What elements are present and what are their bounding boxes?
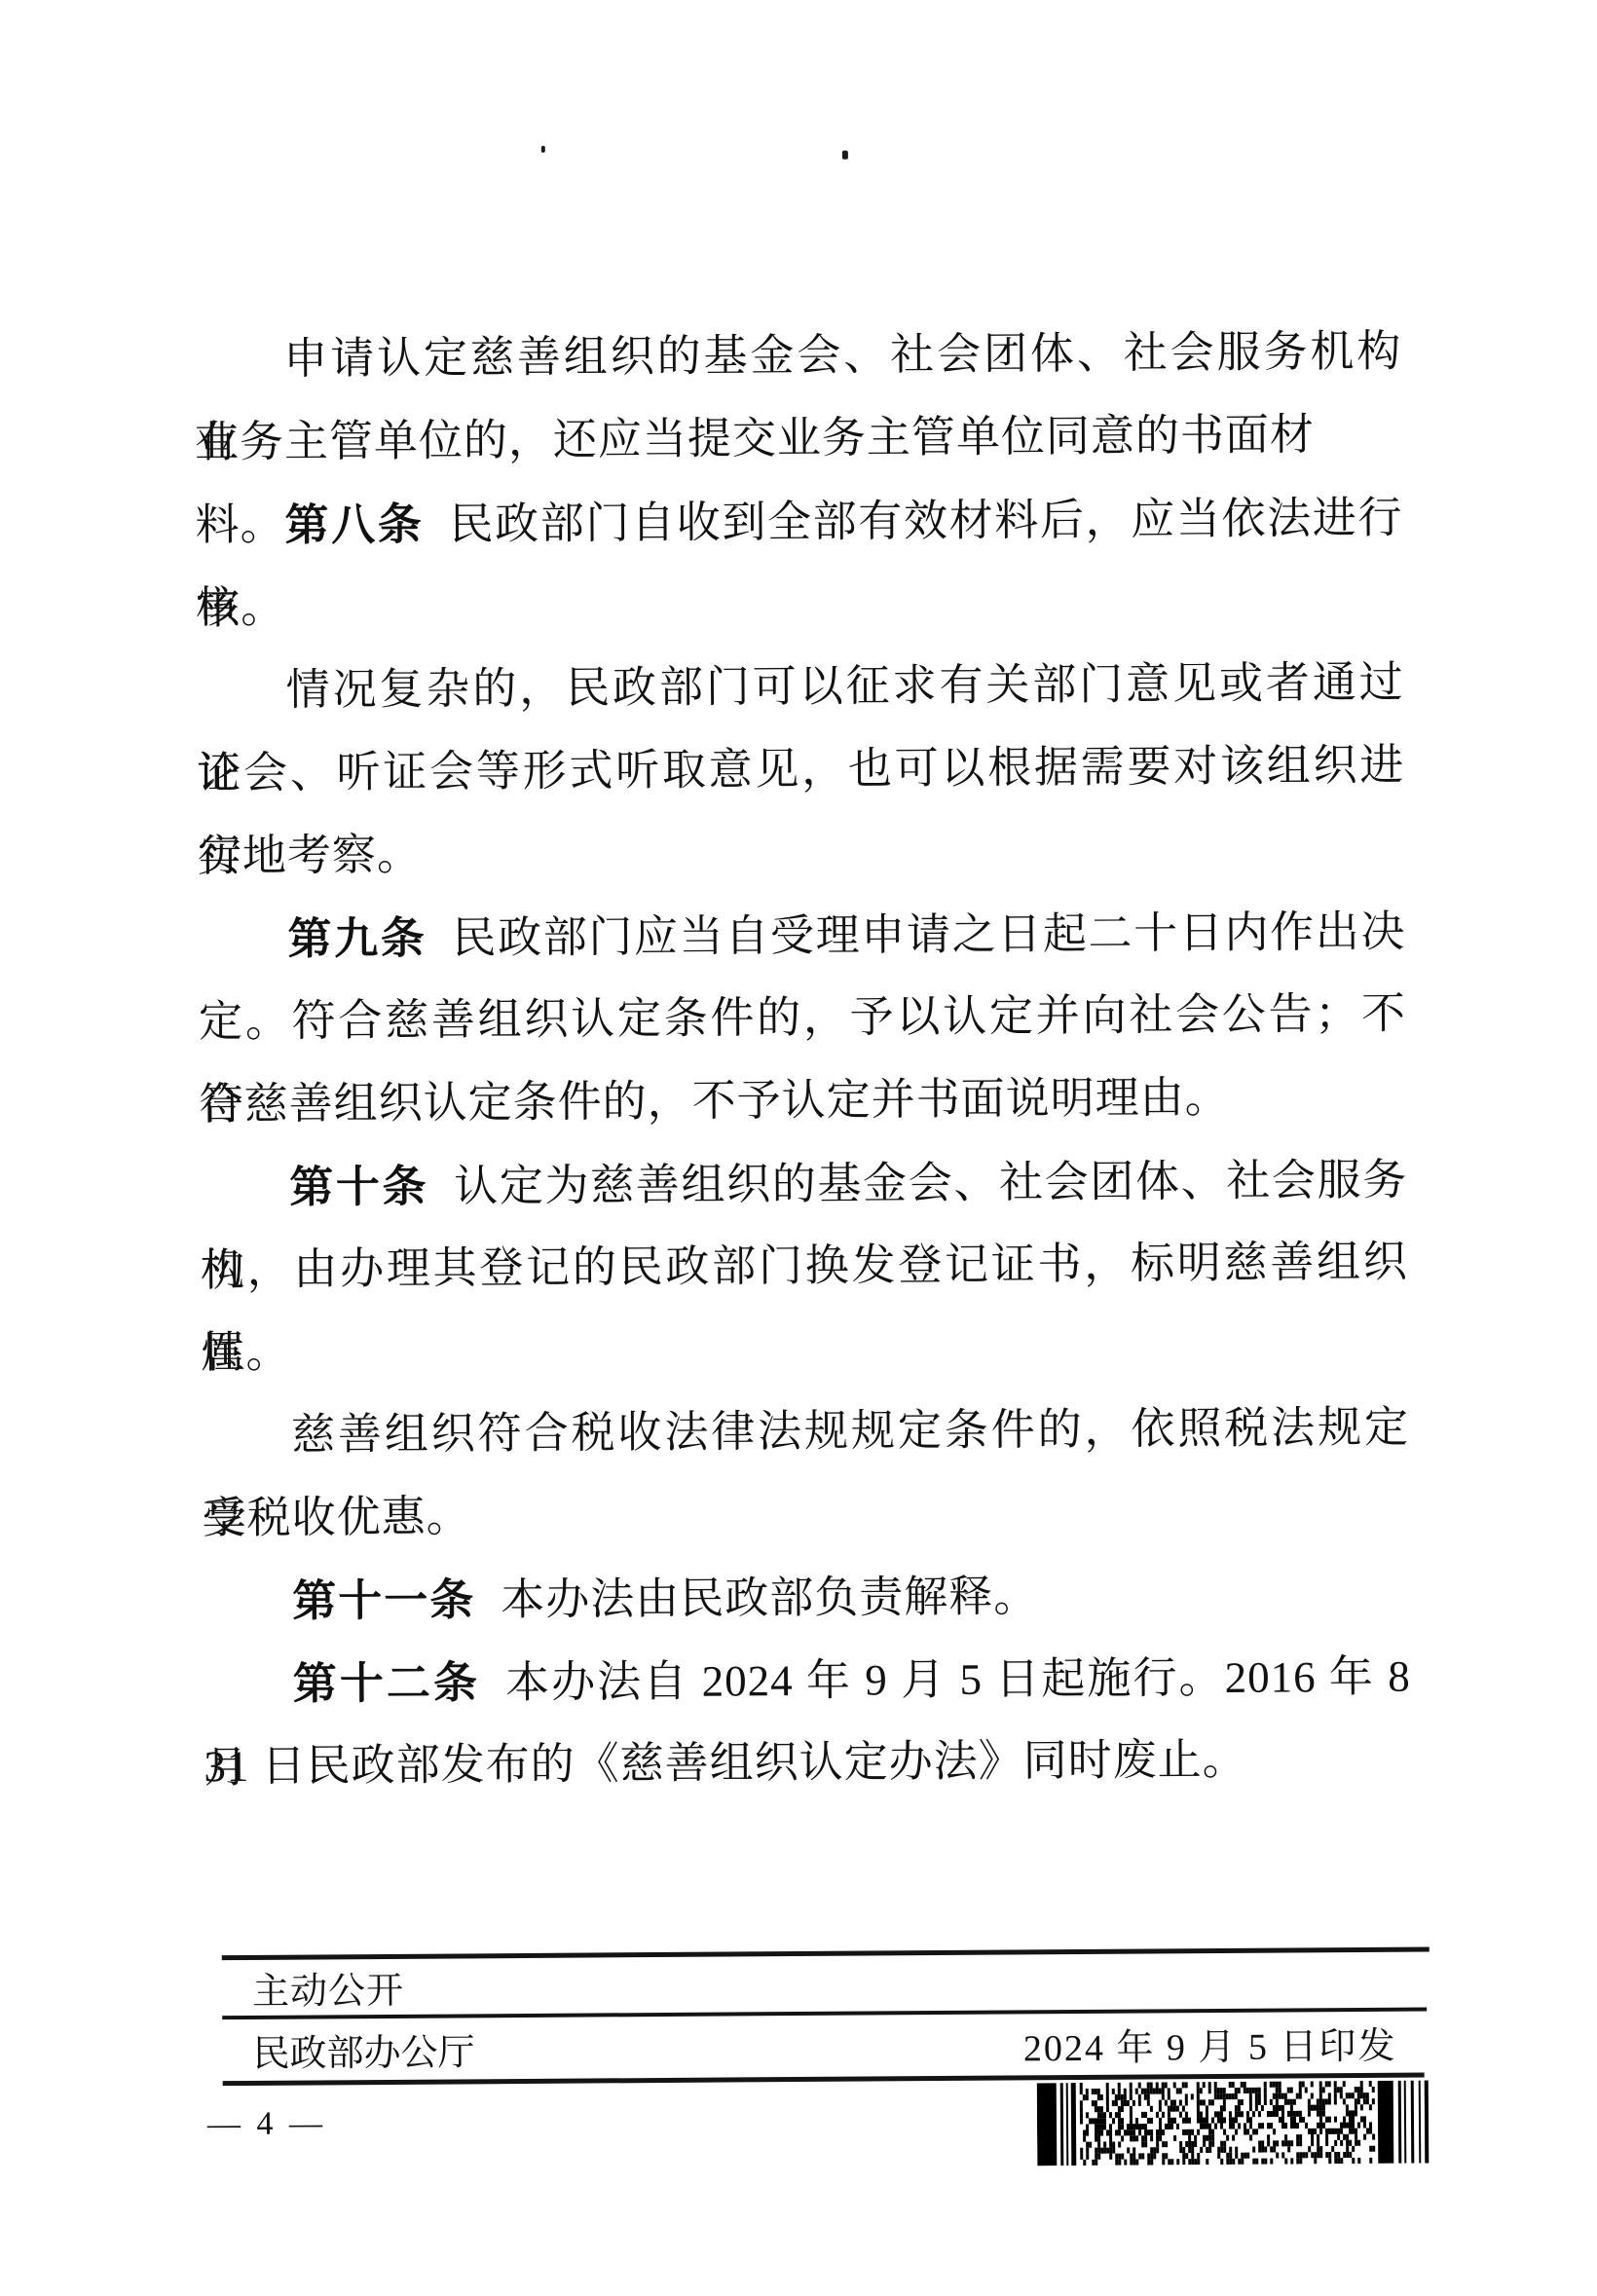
text-line: 构，由办理其登记的民政部门换发登记证书，标明慈善组织属 [201,1221,1409,1313]
text-line: 第十二条本办法自 2024 年 9 月 5 日起施行。2016 年 8 月 [204,1635,1412,1726]
text-line: 慈善组织符合税收法律法规规定条件的，依照税法规定享 [202,1387,1410,1478]
line-text: 民政部门应当自受理申请之日起二十日内作出决 [452,907,1405,963]
article-number: 第十一条 [292,1574,475,1625]
article-number: 第九条 [287,913,427,964]
issuer-label: 民政部办公厅 [252,2031,474,2076]
text-line: 业务主管单位的，还应当提交业务主管单位同意的书面材料。 [195,393,1403,485]
scan-speck [842,151,848,160]
line-text: 本办法由民政部负责解释。 [501,1572,1038,1624]
scanned-document-page: 申请认定慈善组织的基金会、社会团体、社会服务机构有 业务主管单位的，还应当提交业… [0,0,1597,2296]
disclosure-label: 主动公开 [252,1971,404,2013]
line-text: 合慈善组织认定条件的，不予认定并书面说明理由。 [199,1073,1229,1129]
article-number: 第十二条 [293,1657,481,1708]
issue-date-label: 2024 年 9 月 5 日印发 [1023,2025,1397,2071]
scan-speck [541,146,545,153]
text-line: 31 日民政部发布的《慈善组织认定办法》同时废止。 [204,1718,1412,1809]
text-line: 证会、听证会等形式听取意见，也可以根据需要对该组织进行 [197,724,1405,816]
text-line: 第十条认定为慈善组织的基金会、社会团体、社会服务机 [200,1138,1408,1230]
text-line: 核。 [196,559,1404,650]
line-text: 核。 [196,583,285,633]
footer-divider-top [222,1946,1430,1960]
footer-issuer-row: 民政部办公厅 2024 年 9 月 5 日印发 [252,2025,1396,2076]
text-line: 申请认定慈善组织的基金会、社会团体、社会服务机构有 [194,311,1402,402]
scan-content: 申请认定慈善组织的基金会、社会团体、社会服务机构有 业务主管单位的，还应当提交业… [0,0,1597,2296]
pdf417-barcode-image [1037,2080,1437,2166]
text-line: 实地考察。 [198,807,1406,899]
text-line: 受税收优惠。 [202,1469,1410,1561]
line-text: 性。 [201,1328,290,1378]
text-line: 情况复杂的，民政部门可以征求有关部门意见或者通过论 [196,642,1404,733]
body-text: 申请认定慈善组织的基金会、社会团体、社会服务机构有 业务主管单位的，还应当提交业… [194,311,1412,1809]
text-line: 第九条民政部门应当自受理申请之日起二十日内作出决 [198,890,1406,981]
text-line: 定。符合慈善组织认定条件的，予以认定并向社会公告；不符 [199,973,1407,1064]
page-number: — 4 — [207,2102,326,2146]
line-text: 31 日民政部发布的《慈善组织认定办法》同时废止。 [204,1735,1247,1791]
line-text: 实地考察。 [198,831,422,881]
text-line: 第十一条本办法由民政部负责解释。 [203,1552,1411,1644]
line-text: 受税收优惠。 [202,1492,470,1542]
text-line: 第八条民政部门自收到全部有效材料后，应当依法进行审 [195,476,1403,568]
text-line: 性。 [201,1304,1409,1395]
article-number: 第十条 [289,1162,428,1212]
text-line: 合慈善组织认定条件的，不予认定并书面说明理由。 [199,1055,1407,1147]
article-number: 第八条 [284,500,424,550]
